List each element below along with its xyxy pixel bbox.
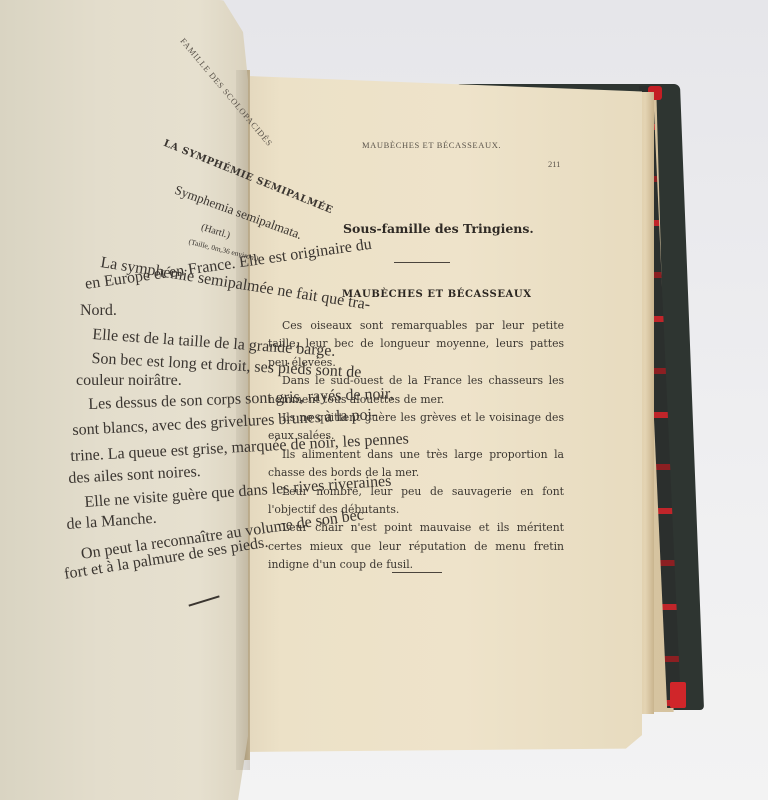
cover-corner-bottom [670,682,686,708]
right-running-head: MAUBÈCHES ET BÉCASSEAUX. [362,140,501,150]
subfamily-title: Sous-famille des Tringiens. [343,221,534,236]
left-text-line: Nord. [80,302,117,320]
divider-rule-top [394,262,450,263]
page-number: 211 [548,159,560,169]
divider-rule-bottom [392,572,442,573]
left-text-line: couleur noirâtre. [76,372,182,390]
